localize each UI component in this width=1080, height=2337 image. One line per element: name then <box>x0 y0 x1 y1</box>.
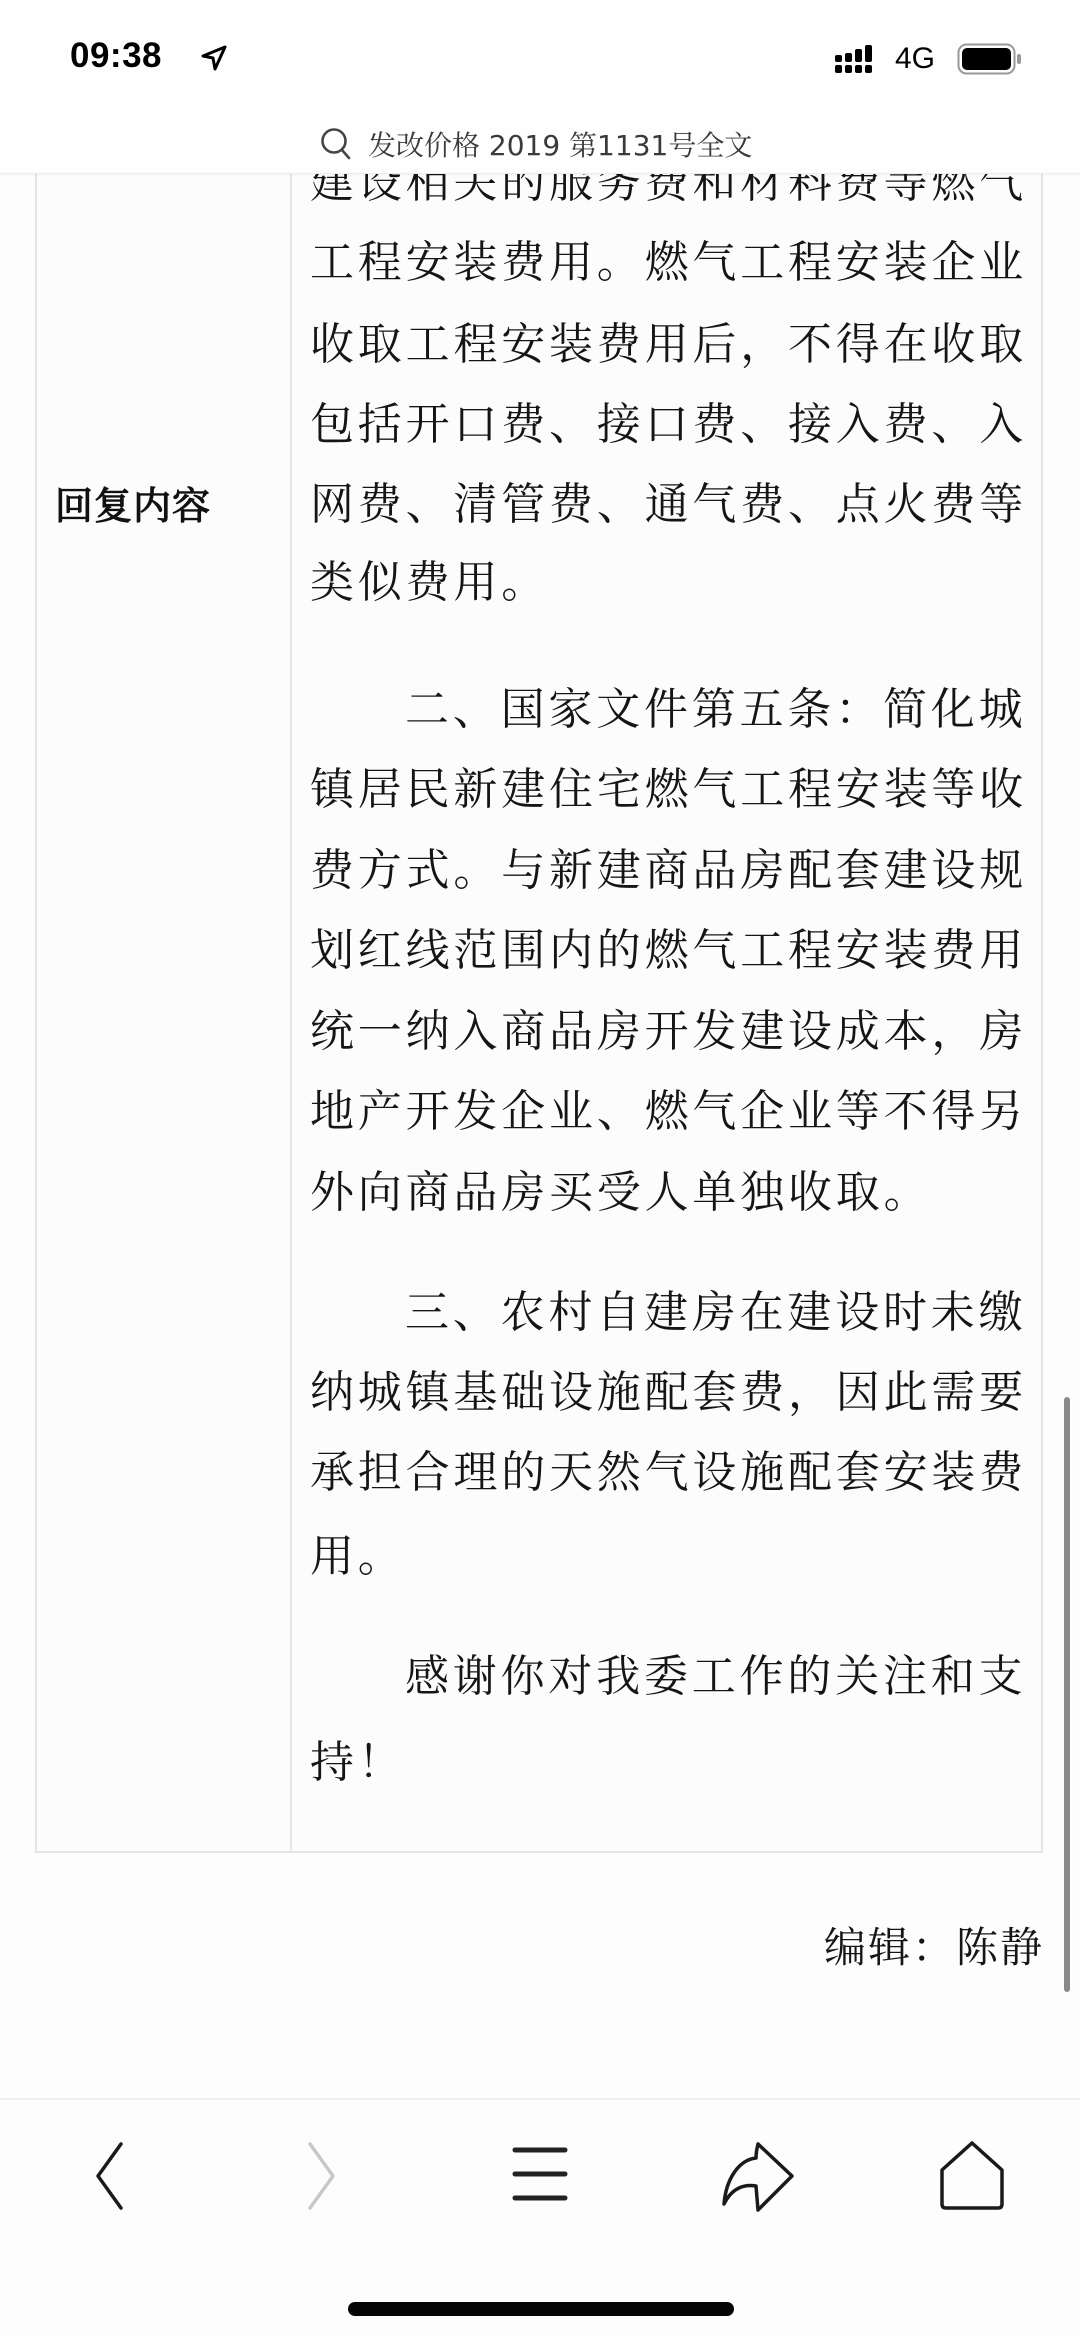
text-line: 用。 <box>310 1529 406 1585</box>
text-line: 三、农村自建房在建设时未缴 <box>405 1285 1026 1341</box>
text-line: 包括开口费、接口费、接入费、入 <box>310 397 1027 453</box>
text-line: 外向商品房买受人单独收取。 <box>310 1165 931 1221</box>
text-line: 承担合理的天然气设施配套安装费 <box>310 1445 1027 1501</box>
text-line: 地产开发企业、燃气企业等不得另 <box>310 1084 1027 1140</box>
text-line: 网费、清管费、通气费、点火费等 <box>310 477 1027 533</box>
battery-icon <box>957 43 1023 75</box>
search-bar[interactable]: 发改价格 2019 第1131号全文 <box>320 120 752 168</box>
table-column-divider <box>290 80 292 1853</box>
forward-button[interactable] <box>282 2140 362 2212</box>
chevron-left-icon <box>88 2141 128 2211</box>
page-scrollbar[interactable] <box>1064 1397 1070 1992</box>
chevron-right-icon <box>302 2141 342 2211</box>
text-line: 类似费用。 <box>310 555 549 611</box>
editor-credit: 编辑：陈静 <box>824 1920 1044 1976</box>
menu-icon <box>510 2141 570 2211</box>
reply-content-label: 回复内容 <box>55 478 211 534</box>
location-arrow-icon <box>200 44 228 72</box>
network-type: 4G <box>895 42 935 76</box>
status-time: 09:38 <box>70 36 162 76</box>
share-button[interactable] <box>718 2140 798 2212</box>
menu-button[interactable] <box>500 2140 580 2212</box>
search-icon <box>320 127 352 161</box>
signal-icon <box>835 45 881 75</box>
share-icon <box>718 2140 798 2212</box>
search-query: 发改价格 2019 第1131号全文 <box>368 124 752 164</box>
browser-header: 09:38 4G 发改价格 2019 第1131号全文 <box>0 0 1080 174</box>
text-line: 纳城镇基础设施配套费，因此需要 <box>310 1365 1027 1421</box>
text-line: 镇居民新建住宅燃气工程安装等收 <box>310 762 1027 818</box>
text-line: 统一纳入商品房开发建设成本，房 <box>310 1004 1027 1060</box>
text-line: 费方式。与新建商品房配套建设规 <box>310 843 1027 899</box>
text-line: 工程安装费用。燃气工程安装企业 <box>310 235 1027 291</box>
home-indicator[interactable] <box>348 2302 734 2316</box>
text-line: 二、国家文件第五条：简化城 <box>405 682 1026 738</box>
text-line: 持！ <box>310 1735 406 1791</box>
home-icon <box>937 2140 1007 2212</box>
text-line: 感谢你对我委工作的关注和支 <box>405 1649 1026 1705</box>
text-line: 收取工程安装费用后，不得在收取 <box>310 317 1027 373</box>
back-button[interactable] <box>68 2140 148 2212</box>
home-button[interactable] <box>932 2140 1012 2212</box>
text-line: 划红线范围内的燃气工程安装费用 <box>310 923 1027 979</box>
